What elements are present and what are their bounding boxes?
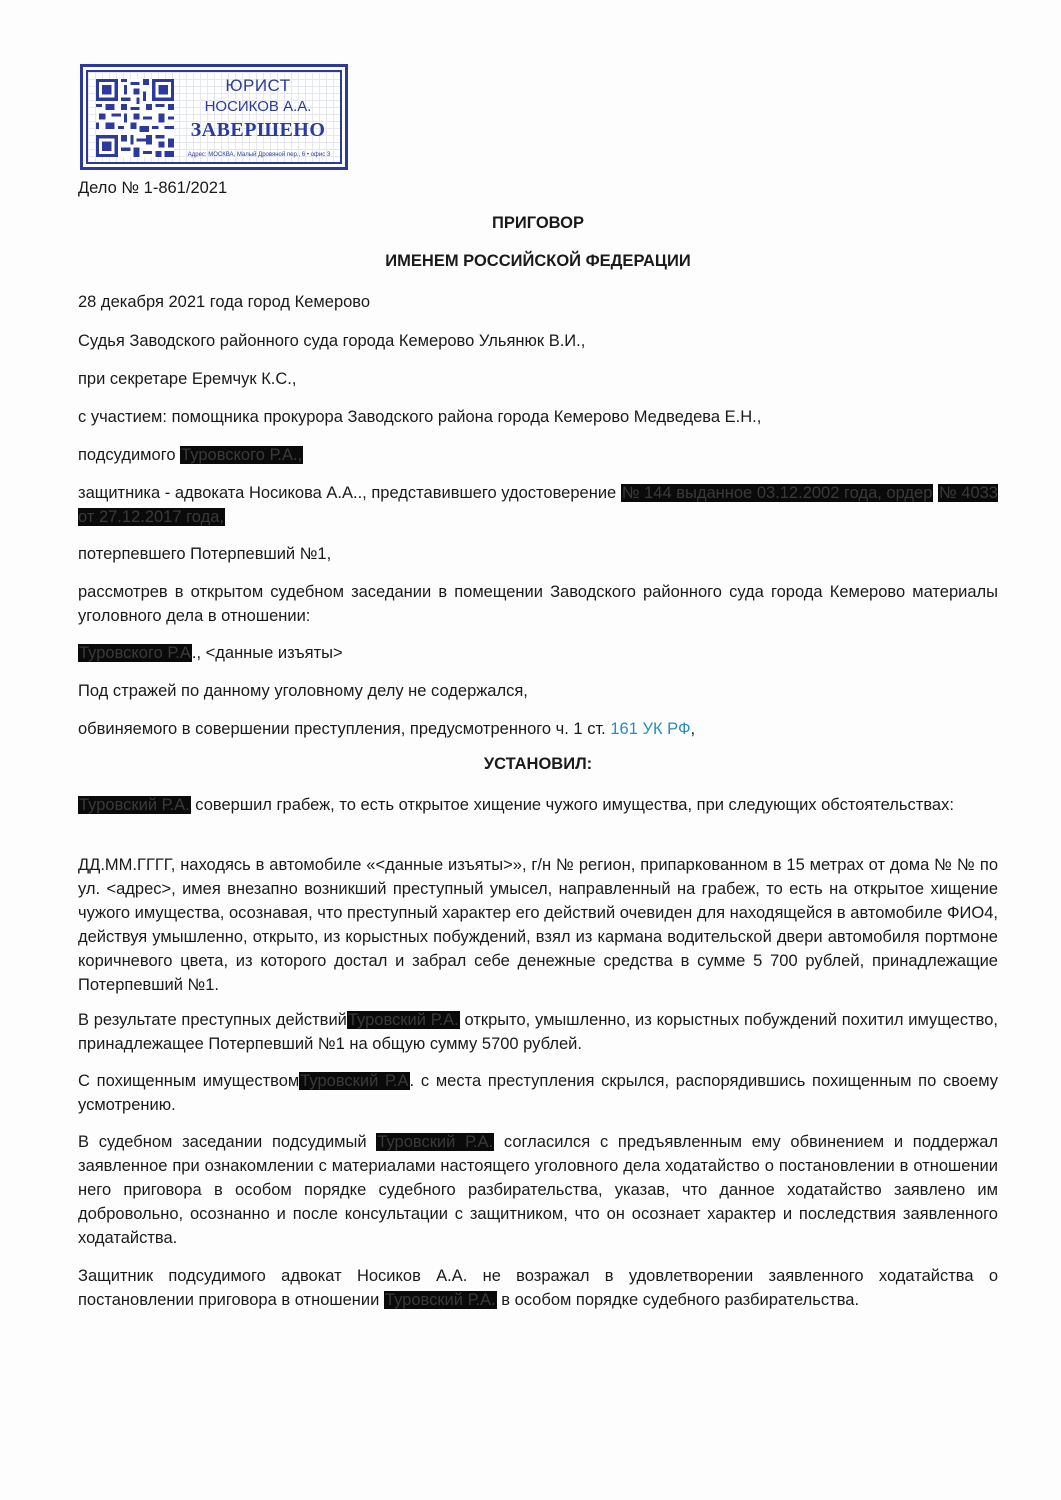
- redacted-name: Туровский Р.А.: [384, 1291, 497, 1309]
- stamp-frame: ЮРИСТ НОСИКОВ А.А. ЗАВЕРШЕНО Адрес: МОСК…: [86, 70, 342, 164]
- paragraph-1: Туровский Р.А. совершил грабеж, то есть …: [78, 793, 998, 817]
- stamp-lawyer-name: НОСИКОВ А.А.: [180, 98, 336, 115]
- case-number: Дело № 1-861/2021: [78, 176, 227, 200]
- paragraph-2: ДД.ММ.ГГГГ, находясь в автомобиле «<данн…: [78, 853, 998, 997]
- victim-line: потерпевшего Потерпевший №1,: [78, 542, 331, 566]
- stamp-address: Адрес: МОСКВА, Малый Дровяной пер., 6 • …: [180, 152, 338, 158]
- considered-paragraph: рассмотрев в открытом судебном заседании…: [78, 580, 998, 628]
- paragraph-4: С похищенным имуществомТуровский Р.А. с …: [78, 1069, 998, 1117]
- defender-line: защитника - адвоката Носикова А.А.., пре…: [78, 481, 998, 529]
- charged-suffix: ,: [691, 720, 696, 738]
- paragraph-5-before: В судебном заседании подсудимый: [78, 1133, 376, 1151]
- redacted-name: Туровского Р.А: [78, 644, 192, 662]
- redacted-name: Туровский Р.А.: [78, 796, 191, 814]
- qr-code-icon: [96, 79, 174, 157]
- lawyer-stamp: ЮРИСТ НОСИКОВ А.А. ЗАВЕРШЕНО Адрес: МОСК…: [80, 64, 348, 170]
- judge-line: Судья Заводского районного суда города К…: [78, 329, 585, 353]
- defender-text: защитника - адвоката Носикова А.А.., пре…: [78, 484, 616, 502]
- paragraph-5: В судебном заседании подсудимый Туровски…: [78, 1130, 998, 1250]
- secretary-line: при секретаре Еремчук К.С.,: [78, 367, 296, 391]
- redacted-certificate: № 144 выданное 03.12.2002 года, ордер: [621, 484, 934, 502]
- redacted-name: Туровский Р.А: [299, 1072, 409, 1090]
- paragraph-1-text: совершил грабеж, то есть открытое хищени…: [191, 796, 954, 814]
- paragraph-6: Защитник подсудимого адвокат Носиков А.А…: [78, 1264, 998, 1312]
- redacted-name: Туровского Р.А.,: [180, 446, 303, 464]
- date-place: 28 декабря 2021 года город Кемерово: [78, 290, 370, 314]
- defendant-prefix: подсудимого: [78, 446, 180, 464]
- custody-line: Под стражей по данному уголовному делу н…: [78, 679, 528, 703]
- stamp-status: ЗАВЕРШЕНО: [180, 119, 336, 142]
- established-heading: УСТАНОВИЛ:: [78, 755, 998, 774]
- stamp-title: ЮРИСТ: [180, 76, 336, 96]
- paragraph-3: В результате преступных действийТуровски…: [78, 1008, 998, 1056]
- paragraph-3-before: В результате преступных действий: [78, 1011, 347, 1029]
- redacted-name: Туровский Р.А.: [376, 1133, 494, 1151]
- accused-line: Туровского Р.А., <данные изъяты>: [78, 641, 343, 665]
- document-title: ПРИГОВОР: [78, 214, 998, 233]
- paragraph-6-after: в особом порядке судебного разбирательст…: [497, 1291, 859, 1309]
- charged-text: обвиняемого в совершении преступления, п…: [78, 720, 610, 738]
- law-article-link[interactable]: 161 УК РФ: [610, 720, 690, 738]
- paragraph-4-before: С похищенным имуществом: [78, 1072, 299, 1090]
- charged-line: обвиняемого в совершении преступления, п…: [78, 717, 695, 741]
- prosecutor-line: с участием: помощника прокурора Заводско…: [78, 405, 761, 429]
- accused-suffix: ., <данные изъяты>: [192, 644, 343, 662]
- redacted-name: Туровский Р.А.: [347, 1011, 460, 1029]
- defendant-line: подсудимого Туровского Р.А.,: [78, 443, 303, 467]
- document-subtitle: ИМЕНЕМ РОССИЙСКОЙ ФЕДЕРАЦИИ: [78, 252, 998, 271]
